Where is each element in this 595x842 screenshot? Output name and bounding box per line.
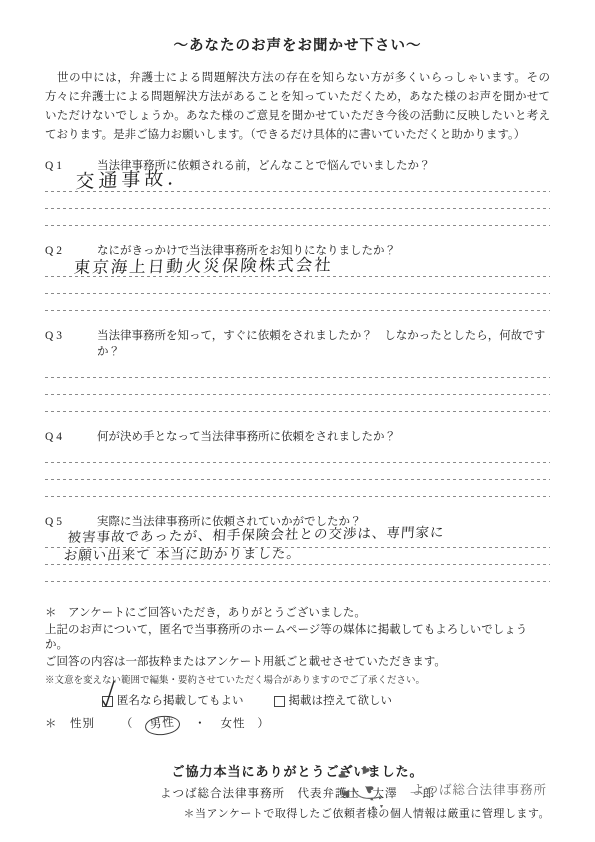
gender-row: ＊ 性別 （ 男性 ・ 女性 ） <box>45 716 550 735</box>
answer-line[interactable] <box>45 294 550 311</box>
gender-option-female[interactable]: 女性 <box>221 718 246 730</box>
publication-request-line2: ご回答の内容は一部抜粋またはアンケート用紙ごと載せさせていただきます。 <box>45 655 550 671</box>
mini-clover-icon: ♥ ♥ ♥ ♥ <box>370 796 383 809</box>
option-anonymous-ok[interactable]: 匿名なら掲載してもよい <box>102 694 244 710</box>
question-text: 当法律事務所を知って，すぐに依頼をされましたか？ しなかったとしたら，何故ですか… <box>97 328 550 360</box>
handwritten-answer: 交通事故． <box>75 163 191 194</box>
option-no-publication-label: 掲載は控えて欲しい <box>289 694 393 710</box>
question-block-q5: Q5 実際に当法律事務所に依頼されていかがでしたか？ 被害事故であったが、相手保… <box>45 514 550 582</box>
handwritten-check-icon <box>101 680 117 708</box>
handwritten-answer-line2: お願い出来て 本当に助かりました。 <box>63 542 302 564</box>
gender-close-paren: ） <box>257 718 270 730</box>
page-title: ～あなたのお声をお聞かせ下さい～ <box>45 34 550 55</box>
checkbox-no-publication-icon[interactable] <box>274 696 285 707</box>
answer-line[interactable] <box>45 395 550 412</box>
gender-separator: ・ <box>194 718 207 730</box>
answer-area-q4[interactable] <box>45 446 550 497</box>
clover-logo-icon: ♥ ♥ ♥ ♥ ♥ ♥ ♥ ♥ <box>340 766 386 812</box>
answer-line[interactable] <box>45 480 550 497</box>
answer-line[interactable] <box>45 209 550 226</box>
question-block-q1: Q1 当法律事務所に依頼される前，どんなことで悩んでいましたか？ 交通事故． <box>45 158 550 226</box>
answer-line[interactable] <box>45 361 550 378</box>
option-anonymous-ok-label: 匿名なら掲載してもよい <box>117 694 244 710</box>
answer-line[interactable] <box>45 446 550 463</box>
gender-option-male[interactable]: 男性 <box>144 714 181 736</box>
question-block-q4: Q4 何が決め手となって当法律事務所に依頼をされましたか？ <box>45 429 550 497</box>
question-number: Q4 <box>45 429 97 445</box>
gender-open-paren: （ <box>121 718 134 730</box>
answer-line[interactable] <box>45 463 550 480</box>
answer-area-q3[interactable] <box>45 361 550 412</box>
answer-area-q2[interactable]: 東京海上日動火災保険株式会社 <box>45 260 550 311</box>
question-number: Q3 <box>45 328 97 360</box>
answer-area-q1[interactable]: 交通事故． <box>45 175 550 226</box>
firm-logo-block: ♥ ♥ ♥ ♥ ♥ ♥ ♥ ♥ よつば総合法律事務所 <box>340 766 547 812</box>
question-block-q2: Q2 なにがきっかけで当法律事務所をお知りになりましたか？ 東京海上日動火災保険… <box>45 243 550 311</box>
answer-line[interactable] <box>45 378 550 395</box>
publication-request-line1: 上記のお声について，匿名で当事務所のホームページ等の媒体に掲載してもよろしいでし… <box>45 623 550 654</box>
answer-line[interactable] <box>45 565 550 582</box>
consent-section: ＊ アンケートにご回答いただき，ありがとうございました。 上記のお声について，匿… <box>45 606 550 735</box>
handwritten-answer: 東京海上日動火災保険株式会社 <box>73 251 334 278</box>
publication-options: 匿名なら掲載してもよい 掲載は控えて欲しい <box>45 694 550 710</box>
answer-area-q5[interactable]: 被害事故であったが、相手保険会社との交渉は、専門家に お願い出来て 本当に助かり… <box>45 531 550 582</box>
intro-paragraph: 世の中には，弁護士による問題解決方法の存在を知らない方が多くいらっしゃいます。そ… <box>45 69 550 145</box>
question-text: 何が決め手となって当法律事務所に依頼をされましたか？ <box>97 429 550 445</box>
option-no-publication[interactable]: 掲載は控えて欲しい <box>274 694 393 710</box>
checkbox-anonymous-ok-icon[interactable] <box>102 696 113 707</box>
answer-line[interactable] <box>45 192 550 209</box>
question-block-q3: Q3 当法律事務所を知って，すぐに依頼をされましたか？ しなかったとしたら，何故… <box>45 328 550 412</box>
firm-name: よつば総合法律事務所 <box>412 780 547 798</box>
answer-line[interactable] <box>45 277 550 294</box>
gender-label: ＊ 性別 <box>45 718 95 730</box>
survey-thanks-line: ＊ アンケートにご回答いただき，ありがとうございました。 <box>45 606 550 622</box>
questionnaire-page: ～あなたのお声をお聞かせ下さい～ 世の中には，弁護士による問題解決方法の存在を知… <box>0 0 595 842</box>
editing-note: ※文意を変えない範囲で編集・要約させていただく場合がありますのでご了承ください。 <box>45 674 550 690</box>
